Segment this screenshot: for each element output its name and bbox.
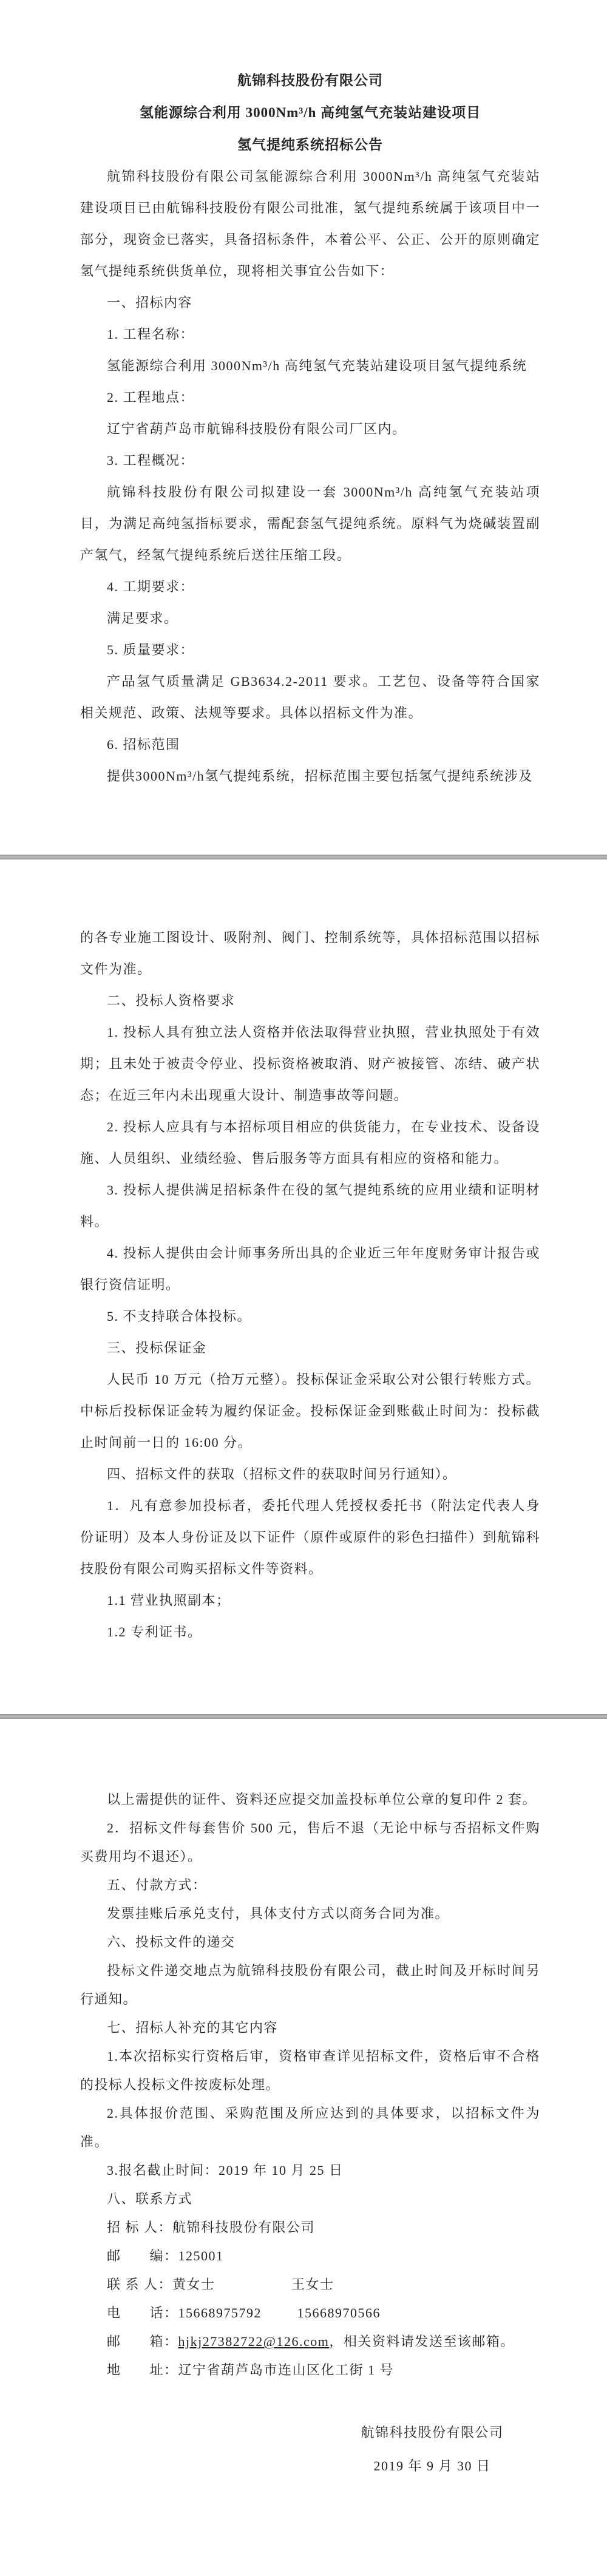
page-2: 的各专业施工图设计、吸附剂、阀门、控制系统等，具体招标范围以招标文件为准。 二、… [0,859,607,1714]
email-link[interactable]: hjkj27382722@126.com [178,2334,330,2349]
section-heading-1: 一、招标内容 [80,287,540,319]
item-scope-label: 6. 招标范围 [80,729,540,761]
contact-label: 地 址： [107,2362,178,2378]
signature-date: 2019 年 9 月 30 日 [250,2449,607,2483]
section-heading-2: 二、投标人资格要求 [80,985,540,1017]
item-project-overview-label: 3. 工程概况： [80,445,540,476]
page-divider [0,1714,607,1719]
doc-title-notice: 氢气提纯系统招标公告 [80,129,540,161]
contact-row-persons: 联 系 人：黄女士王女士 [80,2270,540,2299]
contact-label: 电 话： [107,2305,178,2320]
contact-row-phones: 电 话：1566897579215668970566 [80,2299,540,2327]
page-3: 以上需提供的证件、资料还应提交加盖投标单位公章的复印件 2 套。 2．招标文件每… [0,1719,607,2576]
contact-value-2: 15668970566 [297,2305,381,2320]
contact-row-postcode: 邮 编：125001 [80,2242,540,2270]
contact-row-address: 地 址：辽宁省葫芦岛市连山区化工街 1 号 [80,2356,540,2384]
document-price-paragraph: 2．招标文件每套售价 500 元，售后不退（无论中标与否招标文件购买费用均不退还… [80,1814,540,1871]
bidder-requirement-4: 4. 投标人提供由会计师事务所出具的企业近三年年度财务审计报告或银行资信证明。 [80,1238,540,1301]
contact-row-tenderer: 招 标 人：航锦科技股份有限公司 [80,2213,540,2242]
section-heading-4: 四、招标文件的获取（招标文件的获取时间另行通知）。 [80,1459,540,1490]
supplement-item-2: 2.具体报价范围、采购范围及所应达到的具体要求，以招标文件为准。 [80,2099,540,2156]
item-project-name-value: 氢能源综合利用 3000Nm³/h 高纯氢气充装站建设项目氢气提纯系统 [80,350,540,382]
bidder-requirement-5: 5. 不支持联合体投标。 [80,1301,540,1332]
item-schedule-value: 满足要求。 [80,603,540,634]
section-heading-3: 三、投标保证金 [80,1332,540,1364]
section-heading-5: 五、付款方式： [80,1871,540,1899]
contact-label: 邮 箱： [107,2334,178,2349]
contact-value: 黄女士 [172,2270,291,2299]
item-project-name-label: 1. 工程名称： [80,319,540,350]
document-purchase-paragraph: 1．凡有意参加投标者，委托代理人凭授权委托书（附法定代表人身份证明）及本人身份证… [80,1490,540,1585]
signature-company: 航锦科技股份有限公司 [250,2416,607,2449]
item-quality-value: 产品氢气质量满足 GB3634.2-2011 要求。工艺包、设备等符合国家相关规… [80,666,540,729]
item-project-location-label: 2. 工程地点： [80,382,540,413]
contact-value-2: 王女士 [291,2277,334,2292]
page-1: 航锦科技股份有限公司 氢能源综合利用 3000Nm³/h 高纯氢气充装站建设项目… [0,0,607,855]
doc-title-project: 氢能源综合利用 3000Nm³/h 高纯氢气充装站建设项目 [80,97,540,129]
contact-value: 航锦科技股份有限公司 [172,2220,315,2235]
bidder-requirement-3: 3. 投标人提供满足招标条件在役的氢气提纯系统的应用业绩和证明材料。 [80,1174,540,1238]
contact-row-email: 邮 箱：hjkj27382722@126.com，相关资料请发送至该邮箱。 [80,2327,540,2356]
submission-paragraph: 投标文件递交地点为航锦科技股份有限公司，截止时间及开标时间另行通知。 [80,1956,540,2013]
section-heading-7: 七、招标人补充的其它内容 [80,2013,540,2042]
required-document-1-2: 1.2 专利证书。 [80,1616,540,1648]
payment-method-paragraph: 发票挂账后承兑支付，具体支付方式以商务合同为准。 [80,1899,540,1928]
intro-paragraph: 航锦科技股份有限公司氢能源综合利用 3000Nm³/h 高纯氢气充装站建设项目已… [80,161,540,287]
item-scope-value-part1: 提供3000Nm³/h氢气提纯系统，招标范围主要包括氢气提纯系统涉及 [80,761,540,792]
copies-required-paragraph: 以上需提供的证件、资料还应提交加盖投标单位公章的复印件 2 套。 [80,1785,540,1814]
section-heading-6: 六、投标文件的递交 [80,1928,540,1956]
contact-suffix: ，相关资料请发送至该邮箱。 [329,2334,515,2349]
contact-label: 邮 编： [107,2248,178,2263]
item-schedule-label: 4. 工期要求： [80,571,540,603]
item-project-location-value: 辽宁省葫芦岛市航锦科技股份有限公司厂区内。 [80,413,540,445]
page-divider [0,855,607,859]
item-quality-label: 5. 质量要求： [80,634,540,666]
required-document-1-1: 1.1 营业执照副本； [80,1585,540,1616]
contact-value: 辽宁省葫芦岛市连山区化工街 1 号 [178,2362,395,2378]
tender-announcement-document: 航锦科技股份有限公司 氢能源综合利用 3000Nm³/h 高纯氢气充装站建设项目… [0,0,607,2576]
item-project-overview-value: 航锦科技股份有限公司拟建设一套 3000Nm³/h 高纯氢气充装站项目，为满足高… [80,476,540,571]
contact-value: 125001 [178,2248,224,2263]
bid-bond-paragraph: 人民币 10 万元（拾万元整）。投标保证金采取公对公银行转账方式。中标后投标保证… [80,1364,540,1459]
registration-deadline: 3.报名截止时间：2019 年 10 月 25 日 [80,2156,540,2185]
supplement-item-1: 1.本次招标实行资格后审，资格审查详见招标文件，资格后审不合格的投标人投标文件按… [80,2042,540,2099]
item-scope-value-part2: 的各专业施工图设计、吸附剂、阀门、控制系统等，具体招标范围以招标文件为准。 [80,922,540,985]
contact-label: 招 标 人： [107,2220,172,2235]
contact-label: 联 系 人： [107,2277,172,2292]
bidder-requirement-1: 1. 投标人具有独立法人资格并依法取得营业执照，营业执照处于有效期；且未处于被责… [80,1017,540,1111]
contact-value: 15668975792 [178,2299,297,2327]
bidder-requirement-2: 2. 投标人应具有与本招标项目相应的供货能力，在专业技术、设备设施、人员组织、业… [80,1111,540,1174]
signature-block: 航锦科技股份有限公司 2019 年 9 月 30 日 [250,2416,607,2483]
section-heading-8: 八、联系方式 [80,2185,540,2213]
doc-title-company: 航锦科技股份有限公司 [80,64,540,97]
